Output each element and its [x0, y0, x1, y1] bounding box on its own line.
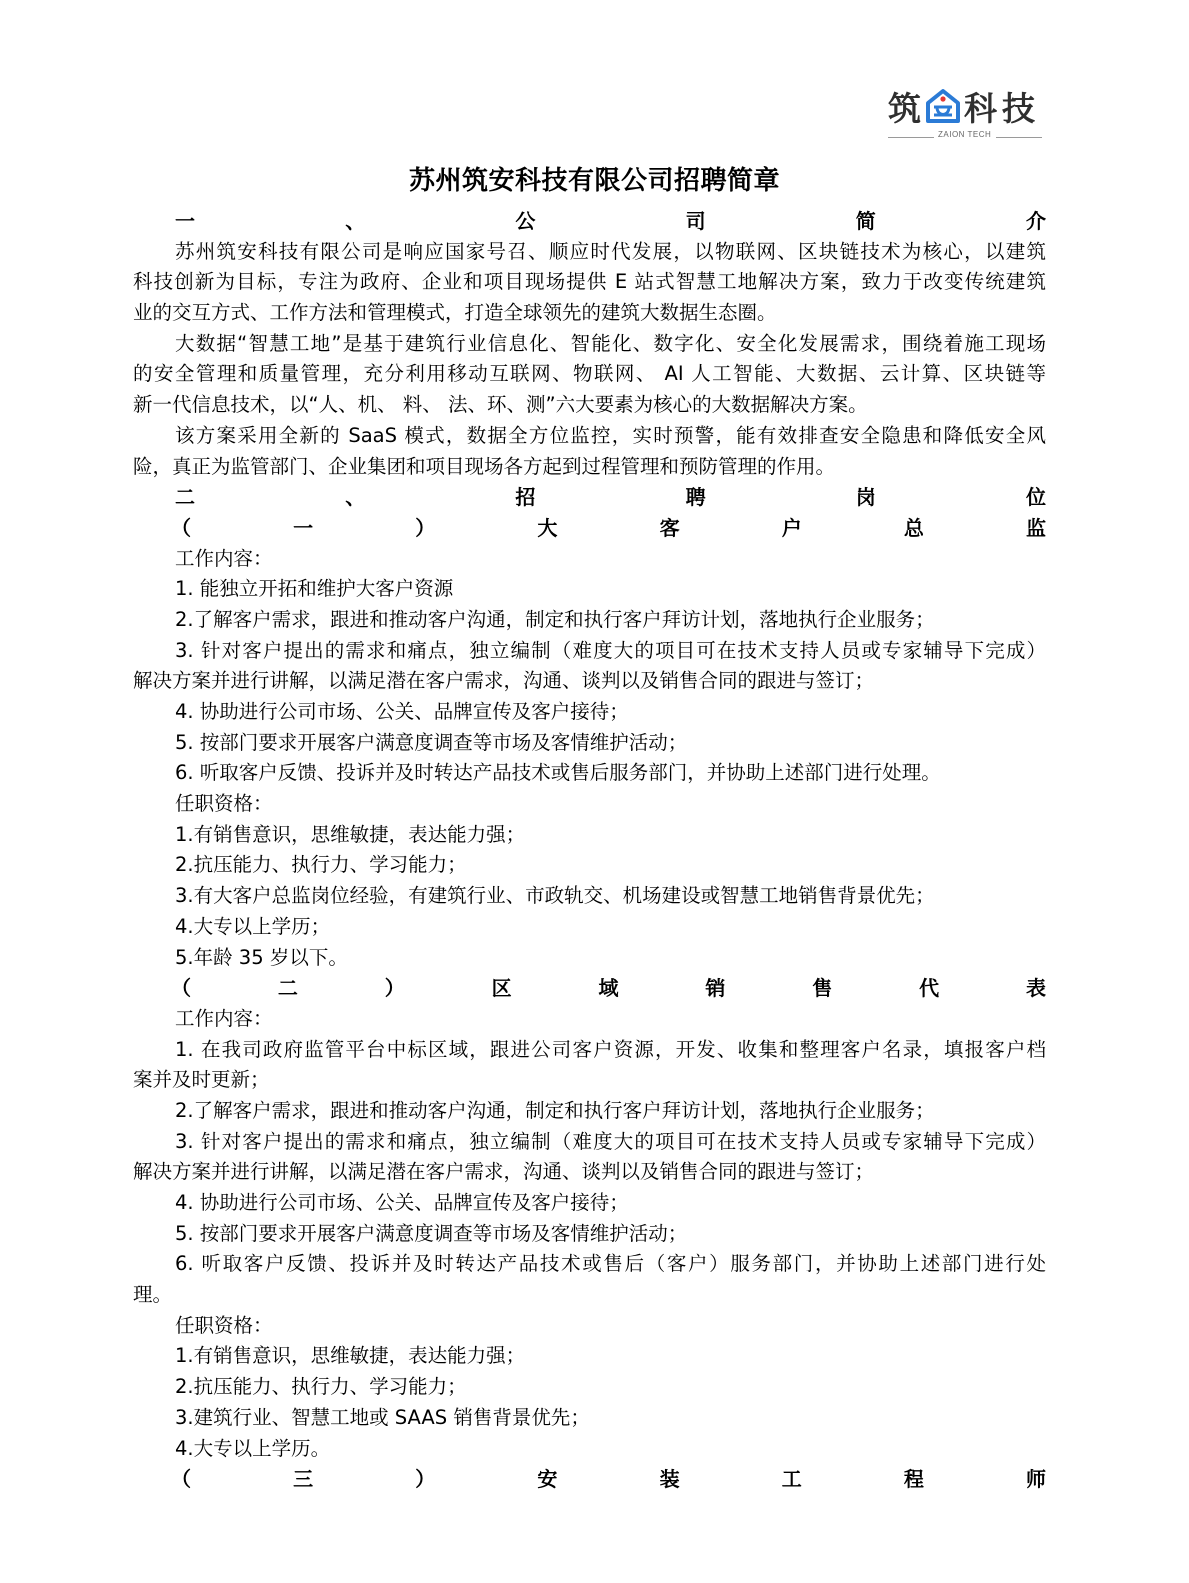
logo-char: 科	[962, 83, 1000, 130]
qualification-item: 2.抗压能力、执行力、学习能力；	[133, 1372, 1046, 1403]
duty-item-continued: 解决方案并进行讲解，以满足潜在客户需求，沟通、谈判以及销售合同的跟进与签订；	[133, 666, 1046, 697]
document-title: 苏州筑安科技有限公司招聘简章	[0, 160, 1189, 197]
section-heading-intro: 一、公司简介	[133, 206, 1046, 237]
duty-item: 6. 听取客户反馈、投诉并及时转达产品技术或售后服务部门，并协助上述部门进行处理…	[133, 758, 1046, 789]
qualification-item: 2.抗压能力、执行力、学习能力；	[133, 850, 1046, 881]
paragraph-line: 险，真正为监管部门、企业集团和项目现场各方起到过程管理和预防管理的作用。	[133, 452, 1046, 483]
qualification-item: 4.大专以上学历；	[133, 912, 1046, 943]
paragraph-line: 科技创新为目标，专注为政府、企业和项目现场提供 E 站式智慧工地解决方案，致力于…	[133, 267, 1046, 298]
qualifications-label: 任职资格：	[133, 789, 1046, 820]
duty-item: 1. 在我司政府监管平台中标区域，跟进公司客户资源，开发、收集和整理客户名录，填…	[133, 1035, 1046, 1066]
duty-item: 4. 协助进行公司市场、公关、品牌宣传及客户接待；	[133, 697, 1046, 728]
duty-item-continued: 解决方案并进行讲解，以满足潜在客户需求，沟通、谈判以及销售合同的跟进与签订；	[133, 1157, 1046, 1188]
duty-item: 1. 能独立开拓和维护大客户资源	[133, 574, 1046, 605]
job-title: （三）安装工程师	[133, 1464, 1046, 1495]
duty-item: 6. 听取客户反馈、投诉并及时转达产品技术或售后（客户）服务部门，并协助上述部门…	[133, 1249, 1046, 1280]
logo-char: 筑	[886, 83, 924, 130]
duty-item: 5. 按部门要求开展客户满意度调查等市场及客情维护活动；	[133, 1219, 1046, 1250]
qualification-item: 1.有销售意识，思维敏捷，表达能力强；	[133, 820, 1046, 851]
job-title: （一）大客户总监	[133, 513, 1046, 544]
qualification-item: 5.年龄 35 岁以下。	[133, 943, 1046, 974]
section-heading-positions: 二、招聘岗位	[133, 482, 1046, 513]
logo-subtitle: ZAION TECH	[938, 130, 991, 139]
duty-item: 2.了解客户需求，跟进和推动客户沟通，制定和执行客户拜访计划，落地执行企业服务；	[133, 605, 1046, 636]
duty-item-continued: 理。	[133, 1280, 1046, 1311]
duties-label: 工作内容：	[133, 1004, 1046, 1035]
logo-wordmark: 筑 科 技	[886, 86, 1046, 126]
paragraph-line: 的安全管理和质量管理，充分利用移动互联网、物联网、 AI 人工智能、大数据、云计…	[133, 359, 1046, 390]
document-body: 一、公司简介 苏州筑安科技有限公司是响应国家号召、顺应时代发展，以物联网、区块链…	[133, 206, 1046, 1495]
logo-rule-left	[888, 137, 934, 138]
paragraph-line: 业的交互方式、工作方法和管理模式，打造全球领先的建筑大数据生态圈。	[133, 298, 1046, 329]
logo-char: 技	[1000, 83, 1038, 130]
paragraph-line: 大数据“智慧工地”是基于建筑行业信息化、智能化、数字化、安全化发展需求，围绕着施…	[133, 329, 1046, 360]
qualification-item: 3.有大客户总监岗位经验，有建筑行业、市政轨交、机场建设或智慧工地销售背景优先；	[133, 881, 1046, 912]
job-title: （二）区域销售代表	[133, 973, 1046, 1004]
duty-item: 3. 针对客户提出的需求和痛点，独立编制（难度大的项目可在技术支持人员或专家辅导…	[133, 636, 1046, 667]
duty-item-continued: 案并及时更新；	[133, 1065, 1046, 1096]
duty-item: 2.了解客户需求，跟进和推动客户沟通，制定和执行客户拜访计划，落地执行企业服务；	[133, 1096, 1046, 1127]
paragraph-line: 新一代信息技术，以“人、机、 料、 法、环、测”六大要素为核心的大数据解决方案。	[133, 390, 1046, 421]
qualification-item: 1.有销售意识，思维敏捷，表达能力强；	[133, 1341, 1046, 1372]
paragraph-line: 苏州筑安科技有限公司是响应国家号召、顺应时代发展，以物联网、区块链技术为核心，以…	[133, 237, 1046, 268]
company-logo: 筑 科 技 ZAION TECH	[886, 86, 1046, 146]
duties-label: 工作内容：	[133, 544, 1046, 575]
qualification-item: 3.建筑行业、智慧工地或 SAAS 销售背景优先；	[133, 1403, 1046, 1434]
logo-subtitle-row: ZAION TECH	[886, 130, 1046, 144]
qualifications-label: 任职资格：	[133, 1311, 1046, 1342]
house-shield-icon	[924, 87, 962, 125]
duty-item: 4. 协助进行公司市场、公关、品牌宣传及客户接待；	[133, 1188, 1046, 1219]
paragraph-line: 该方案采用全新的 SaaS 模式，数据全方位监控，实时预警，能有效排查安全隐患和…	[133, 421, 1046, 452]
logo-rule-right	[996, 137, 1042, 138]
qualification-item: 4.大专以上学历。	[133, 1434, 1046, 1465]
duty-item: 5. 按部门要求开展客户满意度调查等市场及客情维护活动；	[133, 728, 1046, 759]
duty-item: 3. 针对客户提出的需求和痛点，独立编制（难度大的项目可在技术支持人员或专家辅导…	[133, 1127, 1046, 1158]
